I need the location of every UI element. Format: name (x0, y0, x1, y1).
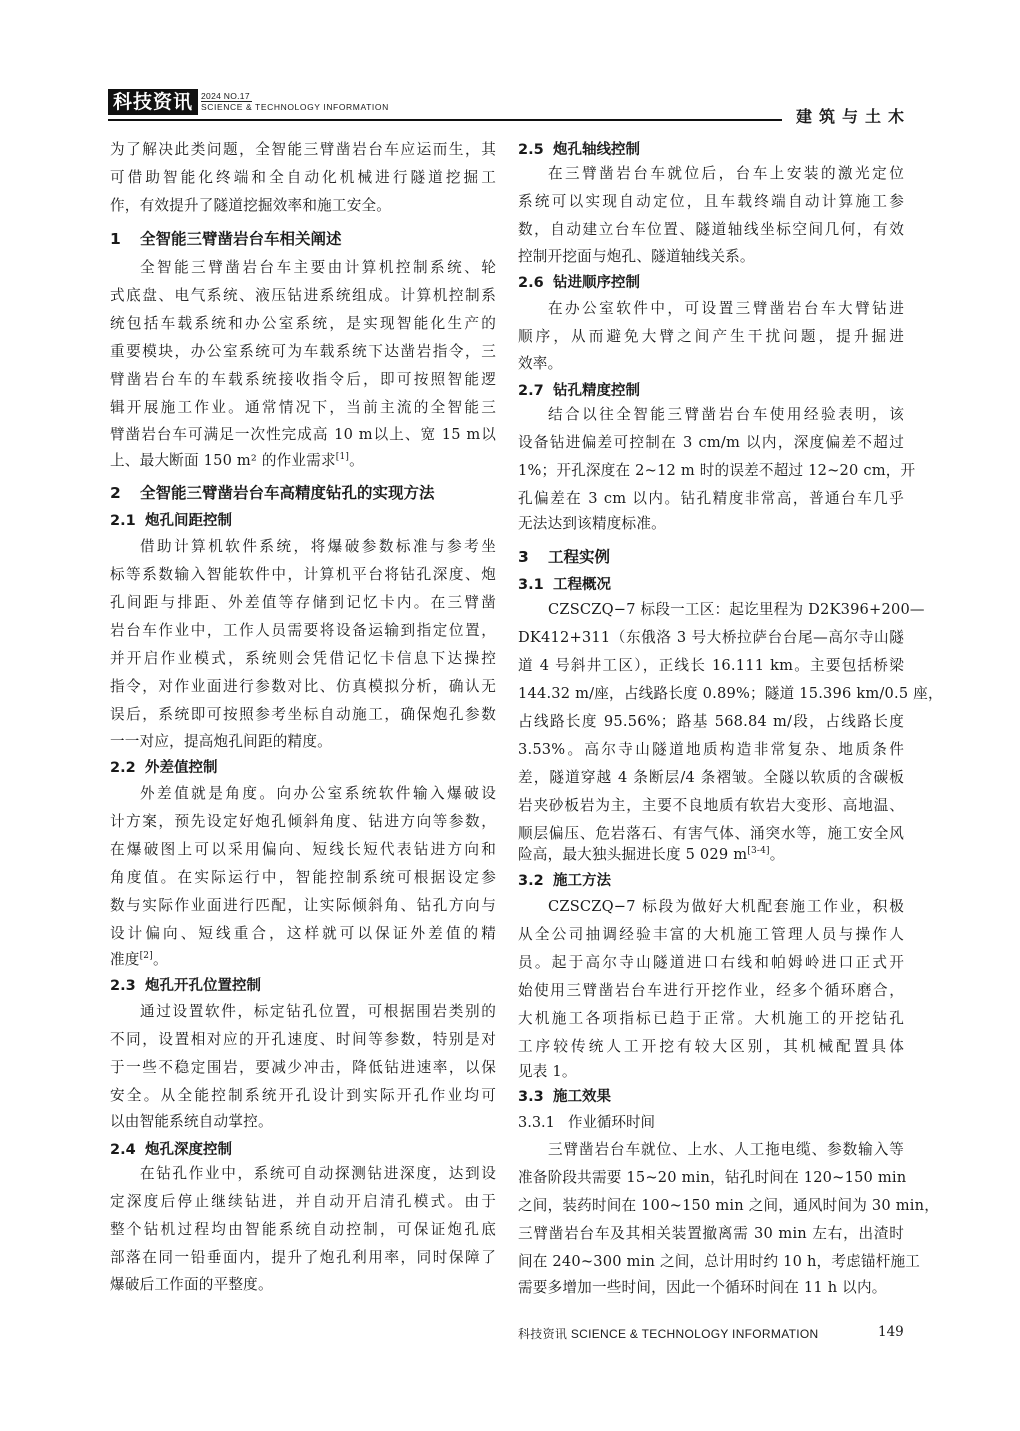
paragraph-line: 差，隧道穿越 4 条断层/4 条褶皱。全隧以软质的含碳板 (518, 769, 904, 787)
paragraph-line: 1%；开孔深度在 2~12 m 时的误差不超过 12~20 cm，开 (518, 462, 904, 480)
section-heading-2: 2全智能三臂凿岩台车高精度钻孔的实现方法 (110, 483, 435, 503)
paragraph-line: 效率。 (518, 355, 904, 373)
paragraph-line: 并开启作业模式，系统则会凭借记忆卡信息下达操控 (110, 650, 496, 668)
page-number: 149 (878, 1324, 904, 1340)
paragraph-line: 需要多增加一些时间，因此一个循环时间在 11 h 以内。 (518, 1279, 904, 1297)
issue-number: 2024 NO.17 (201, 91, 252, 102)
paragraph-line: 统包括车载系统和办公室系统，是实现智能化生产的 (110, 315, 496, 333)
paragraph-line: 作，有效提升了隧道挖掘效率和施工安全。 (110, 197, 496, 215)
paragraph-line: 控制开挖面与炮孔、隧道轴线关系。 (518, 248, 904, 266)
paragraph-line: 在爆破图上可以采用偏向、短线长短代表钻进方向和 (110, 841, 496, 859)
paragraph-line: 在办公室软件中，可设置三臂凿岩台车大臂钻进 (518, 300, 904, 318)
paragraph-line: 三臂凿岩台车及其相关装置撤离需 30 min 左右，出渣时 (518, 1225, 904, 1243)
journal-english-name: SCIENCE & TECHNOLOGY INFORMATION (201, 102, 389, 113)
paragraph-line: 可借助智能化终端和全自动化机械进行隧道挖掘工 (110, 169, 496, 187)
paragraph-line: 设备钻进偏差可控制在 3 cm/m 以内，深度偏差不超过 (518, 434, 904, 452)
paragraph-line: 工序较传统人工开挖有较大区别，其机械配置具体 (518, 1038, 904, 1056)
subsection-heading-3-2: 3.2施工方法 (518, 872, 611, 890)
paragraph-line: 重要模块，办公室系统可为车载系统下达凿岩指令，三 (110, 343, 496, 361)
paragraph-line: 定深度后停止继续钻进，并自动开启清孔模式。由于 (110, 1193, 496, 1211)
paragraph-line: 间在 240~300 min 之间，总计用时约 10 h，考虑锚杆施工 (518, 1253, 904, 1271)
paragraph-line: 通过设置软件，标定钻孔位置，可根据围岩类别的 (110, 1003, 496, 1021)
paragraph-line: 见表 1。 (518, 1063, 904, 1081)
paragraph-line: 不同，设置相对应的开孔速度、时间等参数，特别是对 (110, 1031, 496, 1049)
subsection-heading-2-7: 2.7钻孔精度控制 (518, 382, 640, 400)
journal-logo: 科技资讯 (108, 89, 198, 115)
subsection-heading-3-3: 3.3施工效果 (518, 1088, 611, 1106)
paragraph-line: 准备阶段共需要 15~20 min，钻孔时间在 120~150 min (518, 1169, 904, 1187)
paragraph-line: 在钻孔作业中，系统可自动探测钻进深度，达到设 (110, 1165, 496, 1183)
section-heading-1: 1全智能三臂凿岩台车相关阐述 (110, 229, 342, 249)
paragraph-line: 孔偏差在 3 cm 以内。钻孔精度非常高，普通台车几乎 (518, 490, 904, 508)
paragraph-line: 员。起于高尔寺山隧道进口右线和帕姆岭进口正式开 (518, 954, 904, 972)
issue-info: 2024 NO.17 SCIENCE & TECHNOLOGY INFORMAT… (201, 89, 389, 115)
paragraph-line: 计方案，预先设定好炮孔倾斜角度、钻进方向等参数， (110, 813, 496, 831)
paragraph-line: 数，自动建立台车位置、隧道轴线坐标空间几何，有效 (518, 221, 904, 239)
paragraph-line: 始使用三臂凿岩台车进行开挖作业，经多个循环磨合， (518, 982, 904, 1000)
paragraph-line: 设计偏向、短线重合，这样就可以保证外差值的精 (110, 925, 496, 943)
paragraph-line: 144.32 m/座，占线路长度 0.89%；隧道 15.396 km/0.5 … (518, 685, 904, 703)
paragraph-line: DK412+311（东俄洛 3 号大桥拉萨台台尾—高尔寺山隧 (518, 629, 904, 647)
header-divider (108, 119, 782, 121)
subsection-heading-2-2: 2.2外差值控制 (110, 759, 218, 777)
section-category: 建筑与土木 (796, 104, 911, 127)
footer-journal-name: 科技资讯 SCIENCE & TECHNOLOGY INFORMATION (518, 1325, 818, 1342)
journal-masthead: 科技资讯 2024 NO.17 SCIENCE & TECHNOLOGY INF… (108, 89, 389, 115)
subsection-heading-2-6: 2.6钻进顺序控制 (518, 274, 640, 292)
paragraph-line: 于一些不稳定围岩，要减少冲击，降低钻进速率，以保 (110, 1059, 496, 1077)
paragraph-line: 爆破后工作面的平整度。 (110, 1276, 496, 1294)
paragraph-line: 借助计算机软件系统，将爆破参数标准与参考坐 (110, 538, 496, 556)
paragraph-line: 之间，装药时间在 100~150 min 之间，通风时间为 30 min， (518, 1197, 904, 1215)
paragraph-line: 三臂凿岩台车就位、上水、人工拖电缆、参数输入等 (518, 1141, 904, 1159)
paragraph-line: 标等系数输入智能软件中，计算机平台将钻孔深度、炮 (110, 566, 496, 584)
paragraph-line: 上、最大断面 150 m² 的作业需求[1]。 (110, 452, 496, 470)
section-heading-3: 3工程实例 (518, 547, 610, 567)
paragraph-line: 大机施工各项指标已趋于正常。大机施工的开挖钻孔 (518, 1010, 904, 1028)
paragraph-line: 安全。从全能控制系统开孔设计到实际开孔作业均可 (110, 1087, 496, 1105)
paragraph-line: 整个钻机过程均由智能系统自动控制，可保证炮孔底 (110, 1221, 496, 1239)
subsection-heading-2-5: 2.5炮孔轴线控制 (518, 141, 640, 159)
paragraph-line: 角度值。在实际运行中，智能控制系统可根据设定参 (110, 869, 496, 887)
paragraph-line: 占线路长度 95.56%；路基 568.84 m/段，占线路长度 (518, 713, 904, 731)
paragraph-line: 3.53%。高尔寺山隧道地质构造非常复杂、地质条件 (518, 741, 904, 759)
paragraph-line: 式底盘、电气系统、液压钻进系统组成。计算机控制系 (110, 287, 496, 305)
paragraph-line: 为了解决此类问题，全智能三臂凿岩台车应运而生，其 (110, 141, 496, 159)
paragraph-line: 臂凿岩台车的车载系统接收指令后，即可按照智能逻 (110, 371, 496, 389)
paragraph-line: 系统可以实现自动定位，且车载终端自动计算施工参 (518, 193, 904, 211)
paragraph-line: 数与实际作业面进行匹配，让实际倾斜角、钻孔方向与 (110, 897, 496, 915)
paragraph-line: 从全公司抽调经验丰富的大机施工管理人员与操作人 (518, 926, 904, 944)
paragraph-line: 指令，对作业面进行参数对比、仿真模拟分析，确认无 (110, 678, 496, 696)
subsection-heading-2-1: 2.1炮孔间距控制 (110, 512, 232, 530)
subsubsection-heading-3-3-1: 3.3.1作业循环时间 (518, 1114, 655, 1132)
paragraph-line: 结合以往全智能三臂凿岩台车使用经验表明，该 (518, 406, 904, 424)
paragraph-line: 一一对应，提高炮孔间距的精度。 (110, 733, 496, 751)
subsection-heading-2-3: 2.3炮孔开孔位置控制 (110, 977, 261, 995)
paragraph-line: 道 4 号斜井工区），正线长 16.111 km。主要包括桥梁 (518, 657, 904, 675)
paragraph-line: 辑开展施工作业。通常情况下，当前主流的全智能三 (110, 399, 496, 417)
paragraph-line: 险高，最大独头掘进长度 5 029 m[3-4]。 (518, 846, 904, 864)
subsection-heading-3-1: 3.1工程概况 (518, 576, 611, 594)
paragraph-line: 在三臂凿岩台车就位后，台车上安装的激光定位 (518, 165, 904, 183)
paragraph-line: 臂凿岩台车可满足一次性完成高 10 m以上、宽 15 m以 (110, 426, 496, 444)
paragraph-line: 岩台车作业中，工作人员需要将设备运输到指定位置， (110, 622, 496, 640)
paragraph-line: 顺层偏压、危岩落石、有害气体、涌突水等，施工安全风 (518, 825, 904, 843)
paragraph-line: CZSCZQ−7 标段一工区：起讫里程为 D2K396+200— (518, 601, 904, 619)
paragraph-line: 无法达到该精度标准。 (518, 515, 904, 533)
paragraph-line: 外差值就是角度。向办公室系统软件输入爆破设 (110, 785, 496, 803)
paragraph-line: 孔间距与排距、外差值等存储到记忆卡内。在三臂凿 (110, 594, 496, 612)
paragraph-line: 全智能三臂凿岩台车主要由计算机控制系统、轮 (110, 259, 496, 277)
citation[interactable]: [3-4] (747, 846, 770, 856)
paragraph-line: 以由智能系统自动掌控。 (110, 1113, 496, 1131)
paragraph-line: 误后，系统即可按照参考坐标自动施工，确保炮孔参数 (110, 706, 496, 724)
citation[interactable]: [1] (336, 452, 349, 462)
paragraph-line: 顺序，从而避免大臂之间产生干扰问题，提升掘进 (518, 328, 904, 346)
paragraph-line: 岩夹砂板岩为主，主要不良地质有软岩大变形、高地温、 (518, 797, 904, 815)
paragraph-line: CZSCZQ−7 标段为做好大机配套施工作业，积极 (518, 898, 904, 916)
citation[interactable]: [2] (140, 951, 153, 961)
subsection-heading-2-4: 2.4炮孔深度控制 (110, 1141, 232, 1159)
paragraph-line: 准度[2]。 (110, 951, 496, 969)
paragraph-line: 部落在同一铅垂面内，提升了炮孔利用率，同时保障了 (110, 1249, 496, 1267)
